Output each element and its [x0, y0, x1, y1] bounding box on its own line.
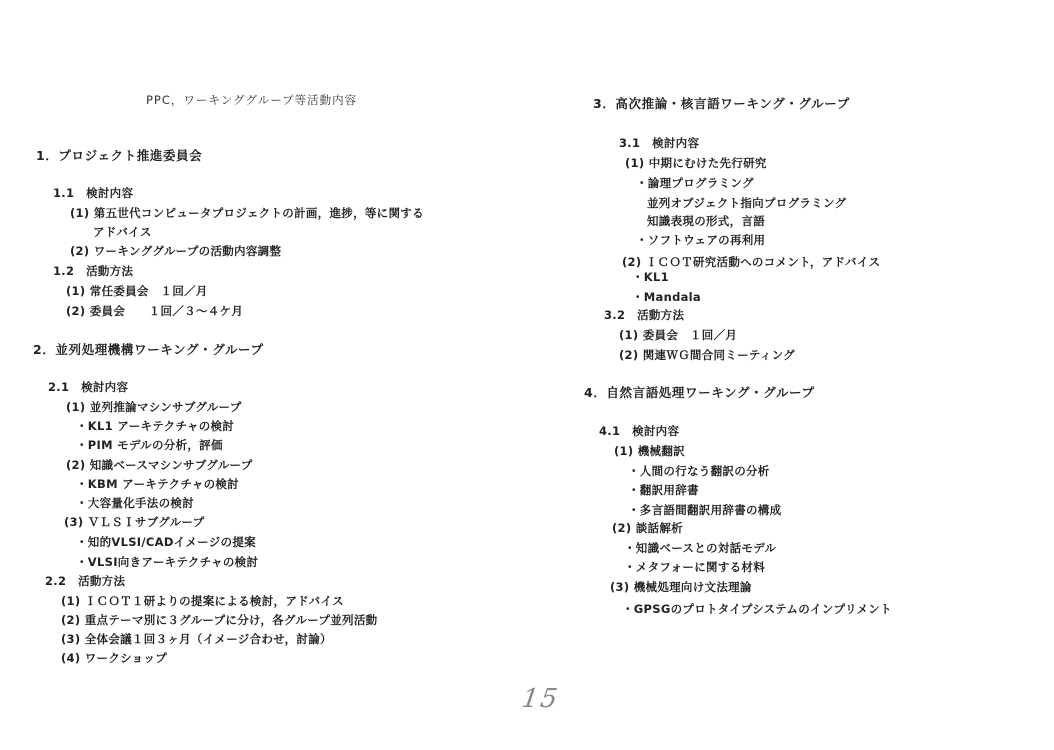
- item-4-1-2: (2) 談話解析: [612, 521, 683, 535]
- section-3-heading: 3．高次推論・核言語ワーキング・グループ: [593, 97, 850, 111]
- item-2-2-4: (4) ワークショップ: [61, 651, 167, 665]
- item-3-1-2: (2) ＩＣＯＴ研究活動へのコメント，アドバイス: [622, 255, 880, 269]
- item-3-2-1: (1) 委員会 １回／月: [619, 328, 737, 342]
- section-3-1-heading: 3.1 検討内容: [619, 136, 699, 150]
- bullet-3-1-1b: 並列オブジェクト指向プログラミング: [647, 196, 846, 210]
- item-1-2-2: (2) 委員会 １回／３～４ケ月: [66, 304, 243, 318]
- page-title: PPC，ワーキンググループ等活動内容: [146, 93, 357, 107]
- bullet-2-1-2a: ・KBM アーキテクチャの検討: [76, 477, 239, 491]
- item-2-2-1: (1) ＩＣＯＴ１研よりの提案による検討，アドバイス: [61, 594, 344, 608]
- bullet-3-1-2b: ・Mandala: [632, 290, 701, 304]
- section-2-2-heading: 2.2 活動方法: [45, 574, 125, 588]
- bullet-4-1-2a: ・知識ベースとの対話モデル: [624, 541, 776, 555]
- bullet-2-1-3a: ・知的VLSI/CADイメージの提案: [76, 535, 256, 549]
- item-1-2-1: (1) 常任委員会 １回／月: [66, 284, 208, 298]
- item-3-1-1: (1) 中期にむけた先行研究: [625, 156, 767, 170]
- bullet-2-1-2b: ・大容量化手法の検討: [76, 496, 194, 510]
- bullet-3-1-1d: ・ソフトウェアの再利用: [636, 233, 765, 247]
- item-4-1-1: (1) 機械翻訳: [614, 444, 685, 458]
- bullet-4-1-1c: ・多言語間翻訳用辞書の構成: [628, 503, 781, 517]
- bullet-2-1-3b: ・VLSI向きアーキテクチャの検討: [76, 555, 258, 569]
- bullet-3-1-1a: ・論理プログラミング: [636, 176, 754, 190]
- bullet-2-1-1b: ・PIM モデルの分析，評価: [76, 438, 223, 452]
- section-1-heading: 1．プロジェクト推進委員会: [36, 149, 202, 163]
- item-3-2-2: (2) 関連ＷＧ間合同ミーティング: [619, 348, 795, 362]
- item-1-1-2: (2) ワーキンググループの活動内容調整: [70, 244, 281, 258]
- item-2-2-2: (2) 重点テーマ別に３グループに分け，各グループ並列活動: [61, 613, 377, 627]
- section-3-2-heading: 3.2 活動方法: [604, 308, 684, 322]
- bullet-3-1-1c: 知識表現の形式，言語: [647, 214, 765, 228]
- section-4-1-heading: 4.1 検討内容: [599, 424, 679, 438]
- section-2-heading: 2．並列処理機構ワーキング・グループ: [33, 343, 264, 357]
- item-1-1-1: (1) 第五世代コンピュータプロジェクトの計画，進捗，等に関する: [70, 206, 424, 220]
- bullet-4-1-1b: ・翻訳用辞書: [628, 483, 699, 497]
- item-4-1-3: (3) 機械処理向け文法理論: [610, 580, 752, 594]
- page-number: 15: [520, 684, 561, 714]
- item-2-1-1: (1) 並列推論マシンサブグループ: [66, 400, 242, 414]
- bullet-4-1-1a: ・人間の行なう翻訳の分析: [628, 464, 770, 478]
- section-1-1-heading: 1.1 検討内容: [53, 186, 133, 200]
- item-2-1-3: (3) ＶＬＳＩサブグループ: [64, 515, 204, 529]
- item-2-2-3: (3) 全体会議１回３ヶ月（イメージ合わせ，討論）: [61, 632, 332, 646]
- section-4-heading: 4．自然言語処理ワーキング・グループ: [584, 386, 815, 400]
- bullet-2-1-1a: ・KL1 アーキテクチャの検討: [76, 419, 234, 433]
- bullet-4-1-3a: ・GPSGのプロトタイプシステムのインプリメント: [622, 602, 892, 616]
- item-1-1-1-cont: アドバイス: [93, 225, 152, 239]
- section-1-2-heading: 1.2 活動方法: [53, 264, 133, 278]
- section-2-1-heading: 2.1 検討内容: [48, 380, 128, 394]
- item-2-1-2: (2) 知識ベースマシンサブグループ: [66, 458, 253, 472]
- bullet-3-1-2a: ・KL1: [632, 270, 669, 284]
- bullet-4-1-2b: ・メタフォーに関する材料: [624, 560, 765, 574]
